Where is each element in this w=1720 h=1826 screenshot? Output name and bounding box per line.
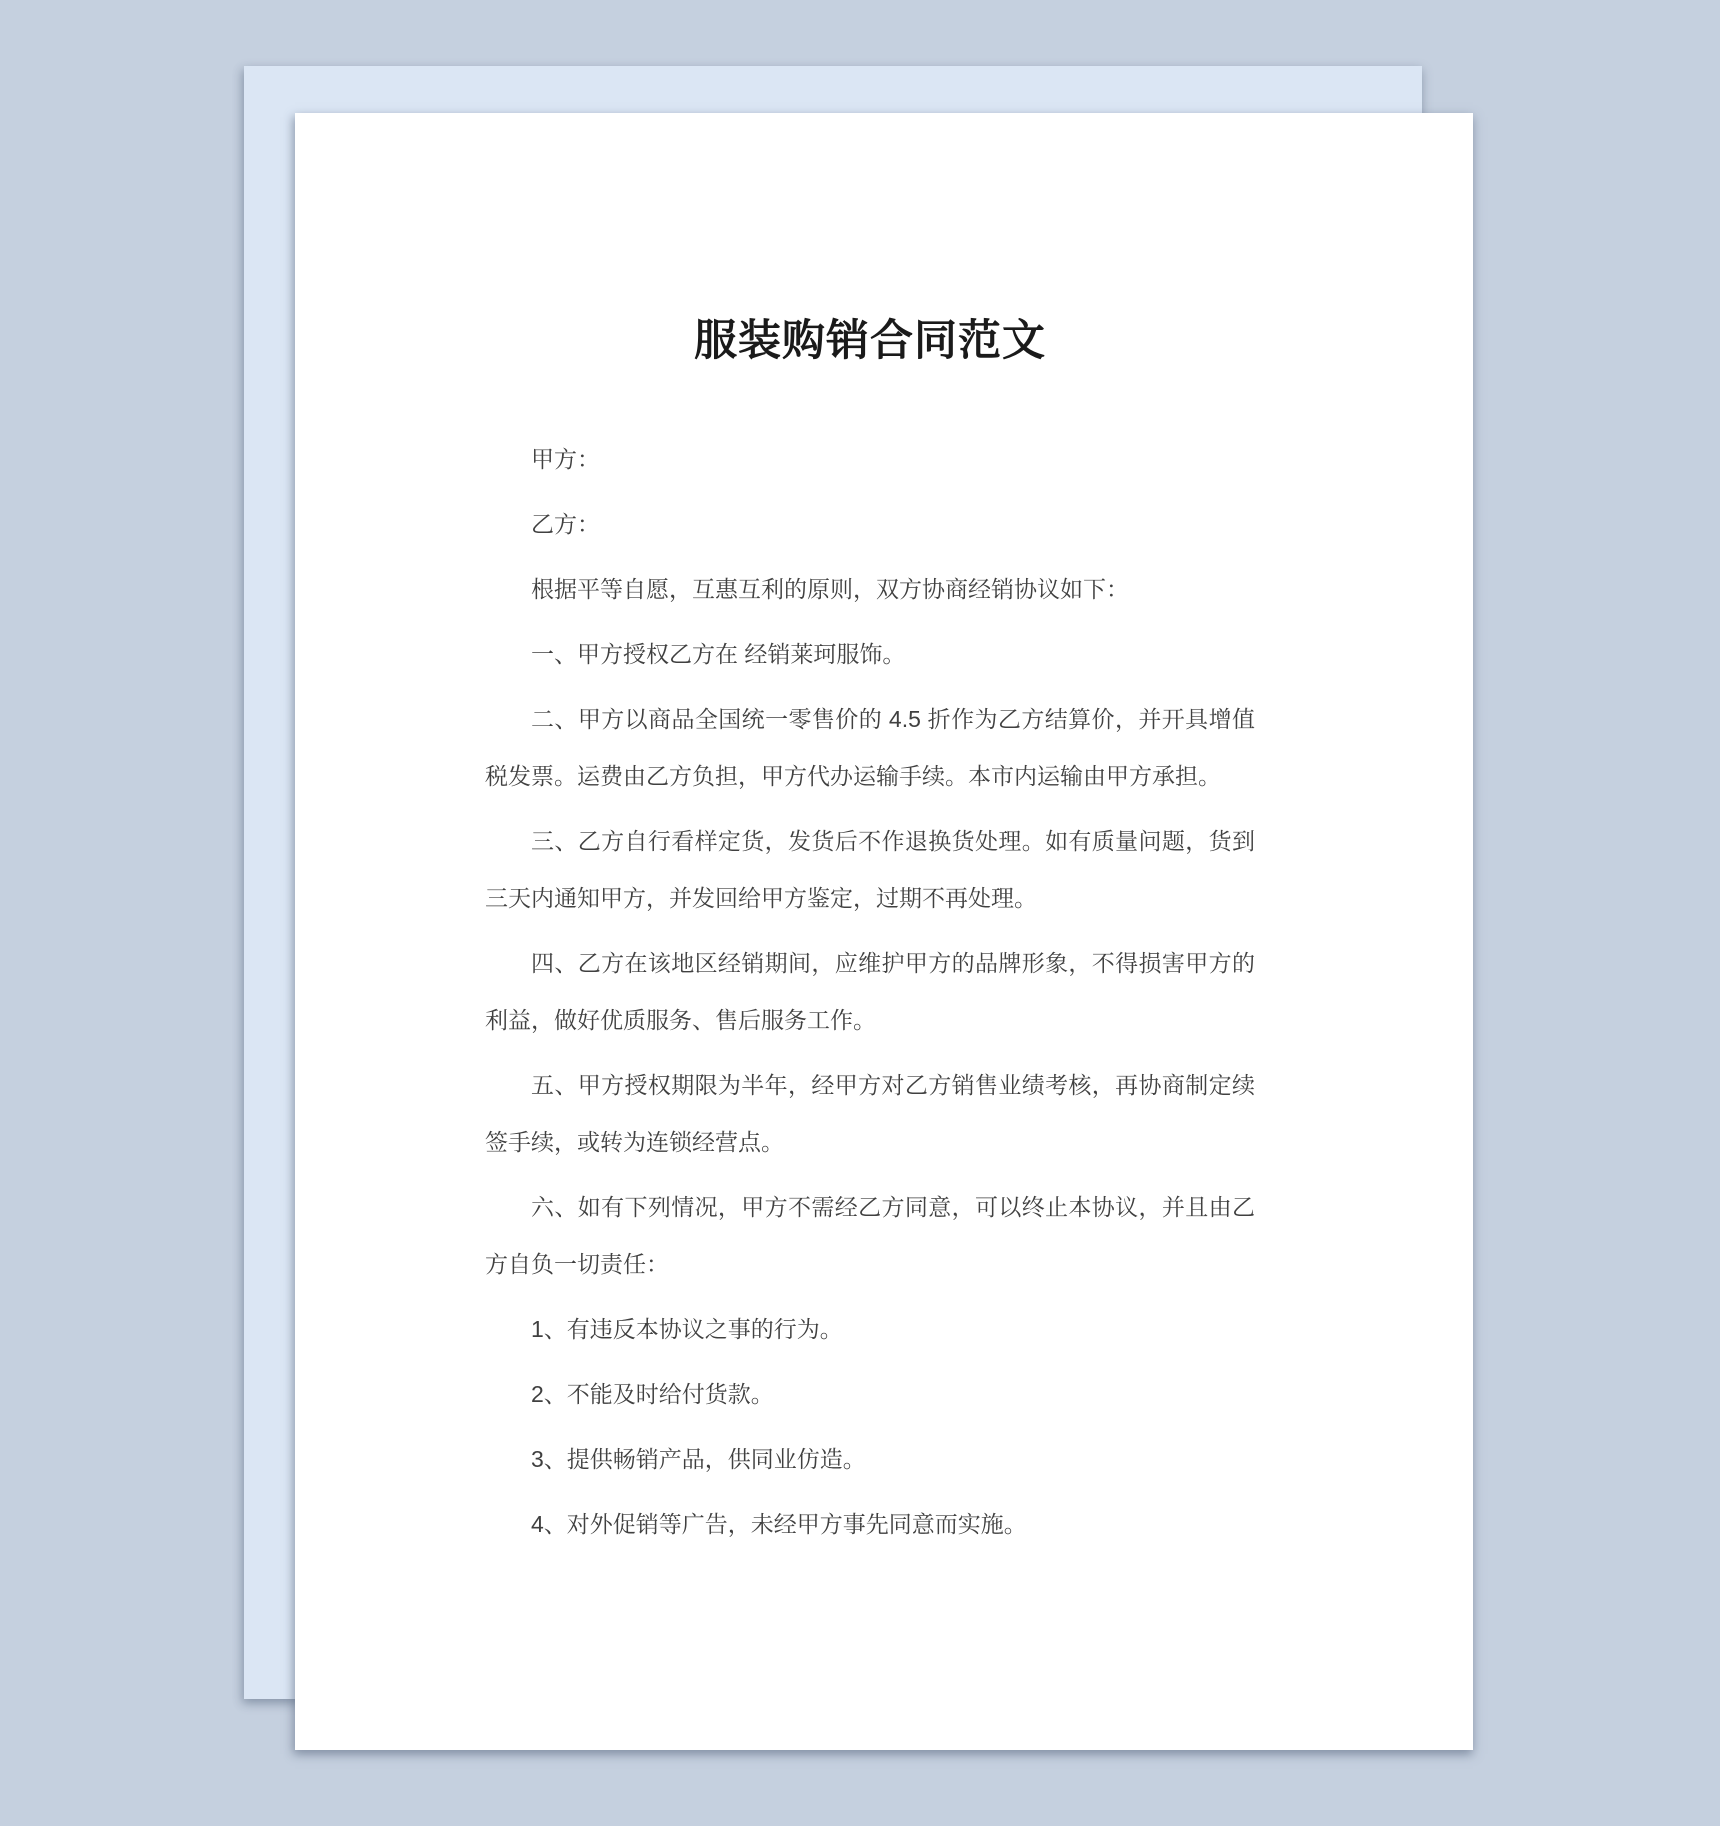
document-title: 服装购销合同范文 [485, 313, 1255, 369]
paragraph: 二、甲方以商品全国统一零售价的 4.5 折作为乙方结算价，并开具增值税发票。运费… [485, 691, 1255, 805]
paragraph: 四、乙方在该地区经销期间，应维护甲方的品牌形象，不得损害甲方的利益，做好优质服务… [485, 935, 1255, 1049]
paragraph: 2、不能及时给付货款。 [485, 1366, 1255, 1423]
paragraph: 乙方： [485, 496, 1255, 553]
paragraph: 4、对外促销等广告，未经甲方事先同意而实施。 [485, 1496, 1255, 1553]
paragraph: 甲方： [485, 431, 1255, 488]
document-body: 甲方：乙方：根据平等自愿，互惠互利的原则，双方协商经销协议如下：一、甲方授权乙方… [485, 431, 1255, 1553]
desktop-background: 服装购销合同范文 甲方：乙方：根据平等自愿，互惠互利的原则，双方协商经销协议如下… [0, 0, 1720, 1826]
paragraph: 五、甲方授权期限为半年，经甲方对乙方销售业绩考核，再协商制定续签手续，或转为连锁… [485, 1057, 1255, 1171]
paragraph: 1、有违反本协议之事的行为。 [485, 1301, 1255, 1358]
document-page: 服装购销合同范文 甲方：乙方：根据平等自愿，互惠互利的原则，双方协商经销协议如下… [295, 113, 1473, 1750]
paragraph: 三、乙方自行看样定货，发货后不作退换货处理。如有质量问题，货到三天内通知甲方，并… [485, 813, 1255, 927]
paragraph: 六、如有下列情况，甲方不需经乙方同意，可以终止本协议，并且由乙方自负一切责任： [485, 1179, 1255, 1293]
paragraph: 根据平等自愿，互惠互利的原则，双方协商经销协议如下： [485, 561, 1255, 618]
paragraph: 3、提供畅销产品，供同业仿造。 [485, 1431, 1255, 1488]
paragraph: 一、甲方授权乙方在 经销莱珂服饰。 [485, 626, 1255, 683]
